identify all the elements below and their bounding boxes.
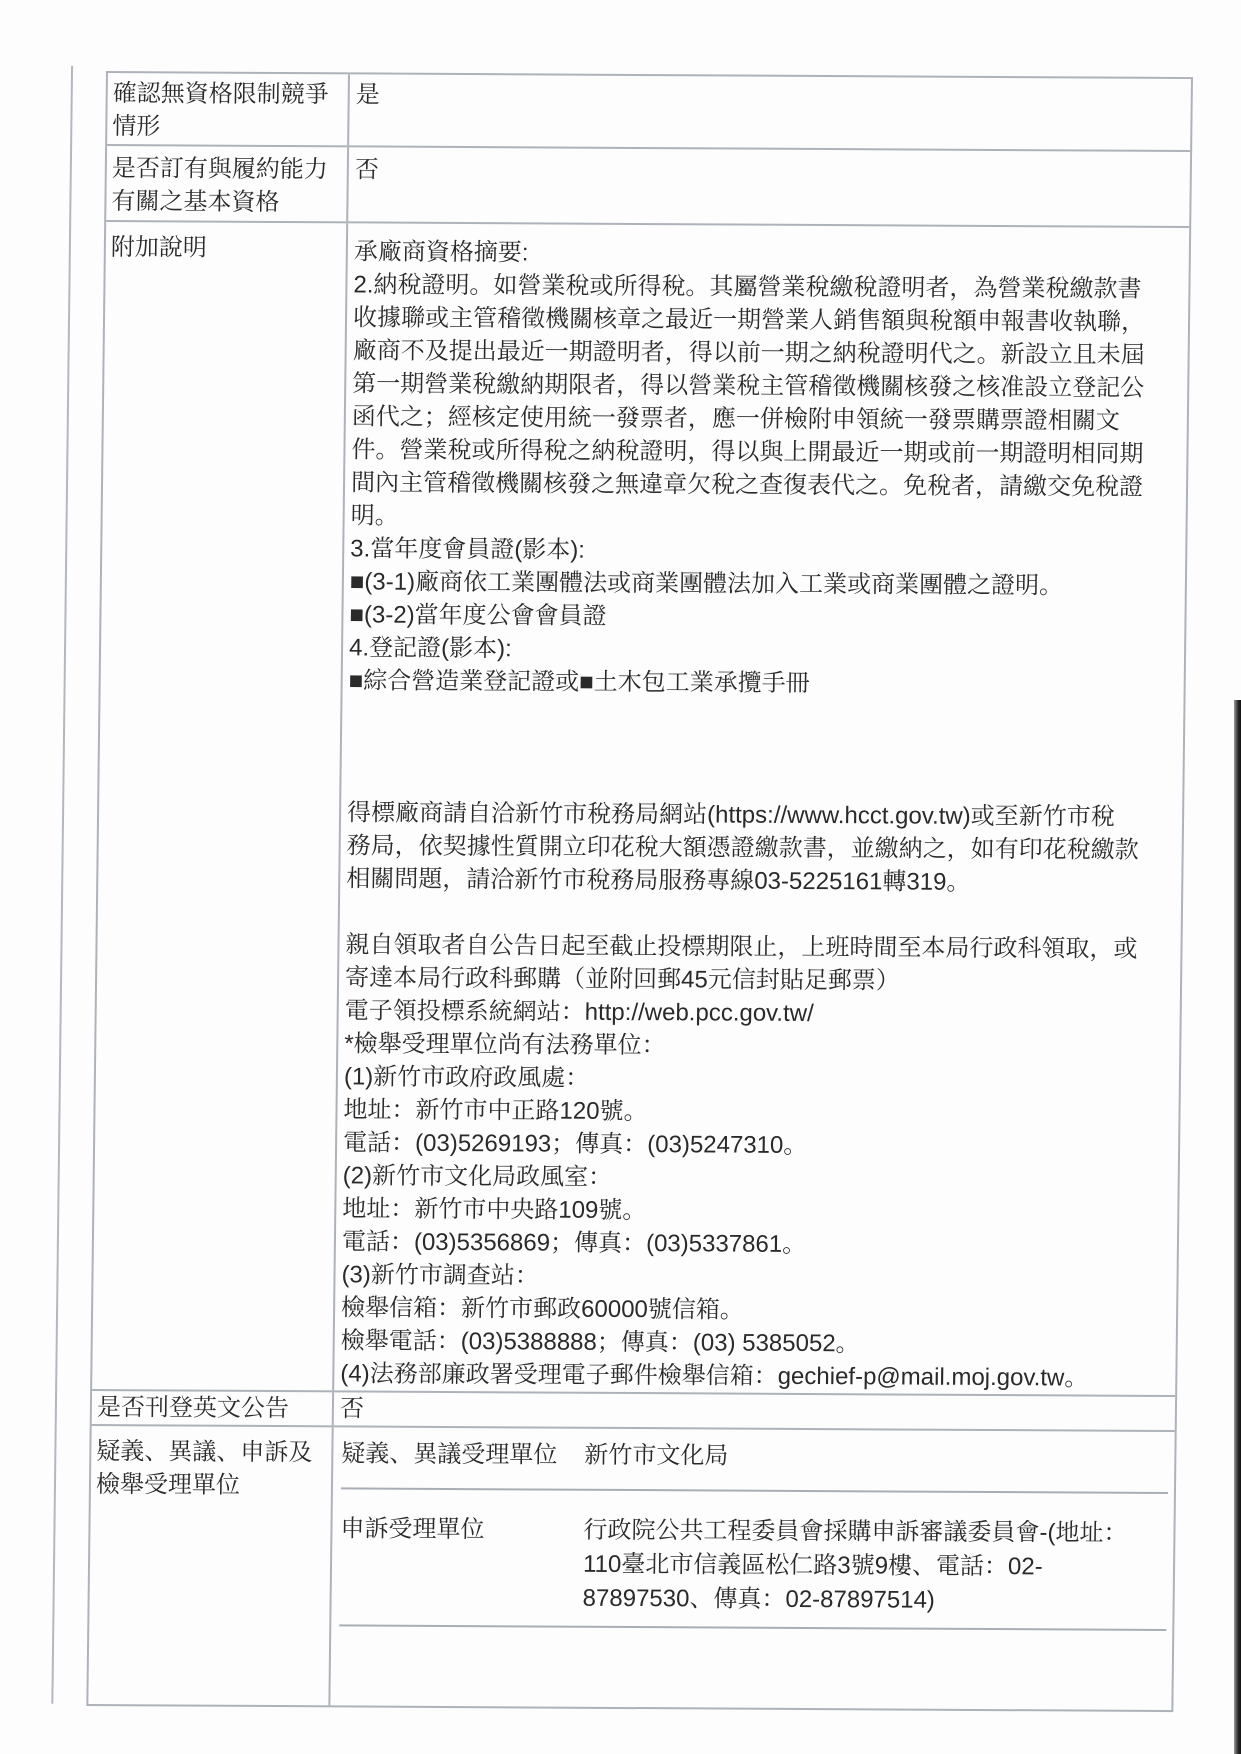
- note-line: 檢舉信箱：新竹市郵政60000號信箱。: [341, 1291, 1176, 1329]
- label-line: 有關之基本資格: [111, 185, 346, 219]
- row-value: 否: [348, 147, 1190, 226]
- note-line: 親自領取者自公告日起至截止投標期限止，上班時間至本局行政科領取，或: [345, 928, 1180, 966]
- note-line: 件。營業稅或所得稅之納稅證明，得以與上開最近一期或前一期證明相同期: [351, 433, 1186, 471]
- note-line: (1)新竹市政府政風處：: [344, 1060, 1179, 1098]
- note-line: 間內主管稽徵機關核發之無違章欠稅之查復表代之。免稅者，請繳交免稅證: [351, 466, 1186, 504]
- note-line: (3)新竹市調查站：: [341, 1258, 1176, 1296]
- complaint-units-subtable: 疑義、異議受理單位 新竹市文化局 申訴受理單位 行政院公共工程委員會採購申訴審議…: [330, 1427, 1174, 1710]
- note-line: 第一期營業稅繳納期限者，得以營業稅主管稽徵機關核發之核准設立登記公: [352, 367, 1187, 405]
- note-line: (4)法務部廉政署受理電子郵件檢舉信箱：gechief-p@mail.moj.g…: [340, 1357, 1175, 1395]
- page-content: 確認無資格限制競爭 情形 是 是否訂有與履約能力 有關之基本資格 否 附加說明 …: [0, 0, 1241, 1754]
- row-label: 疑義、異議、申訴及 檢舉受理單位: [88, 1426, 333, 1705]
- note-line: [347, 763, 1182, 801]
- note-line: 2.納稅證明。如營業稅或所得稅。其屬營業稅繳稅證明者，為營業稅繳款書: [353, 268, 1188, 306]
- label-line: 情形: [112, 110, 347, 144]
- note-line: 承廠商資格摘要:: [354, 235, 1189, 273]
- row-complaint-units: 疑義、異議、申訴及 檢舉受理單位 疑義、異議受理單位 新竹市文化局 申訴受理單位…: [88, 1426, 1174, 1710]
- note-line: [348, 730, 1183, 768]
- note-line: 電子領投標系統網站：http://web.pcc.gov.tw/: [345, 994, 1180, 1032]
- note-line: 地址：新竹市中正路120號。: [343, 1093, 1178, 1131]
- row-label: 是否刊登英文公告: [92, 1391, 334, 1425]
- row-label: 附加說明: [92, 222, 348, 1390]
- label-line: 確認無資格限制競爭: [113, 77, 348, 111]
- appeal-unit-value-line: 行政院公共工程委員會採購申訴審議委員會-(地址：: [583, 1514, 1127, 1550]
- objection-unit-value: 新竹市文化局: [584, 1439, 728, 1473]
- row-label: 是否訂有與履約能力 有關之基本資格: [106, 146, 349, 221]
- note-line: 明。: [350, 499, 1185, 537]
- appeal-unit-value-line: 87897530、傳真：02-87897514): [582, 1582, 935, 1617]
- label-line: 是否訂有與履約能力: [112, 152, 347, 186]
- note-line: (2)新竹市文化局政風室：: [343, 1159, 1178, 1197]
- note-line: 廠商不及提出最近一期證明者，得以前一期之納稅證明代之。新設立且未屆: [352, 334, 1187, 372]
- note-line: *檢舉受理單位尚有法務單位：: [344, 1027, 1179, 1065]
- note-line: 地址：新竹市中央路109號。: [342, 1192, 1177, 1230]
- margin-rule: [51, 66, 73, 1704]
- appeal-unit-value-line: 110臺北市信義區松仁路3號9樓、電話：02-: [583, 1548, 1043, 1584]
- subtable-divider: [341, 1487, 1168, 1494]
- note-line: [346, 895, 1181, 933]
- row-value: 是: [349, 74, 1191, 150]
- row-label: 確認無資格限制競爭 情形: [107, 73, 350, 145]
- note-line: 電話：(03)5269193；傳真：(03)5247310。: [343, 1126, 1178, 1164]
- row-basic-qualification: 是否訂有與履約能力 有關之基本資格 否: [106, 146, 1190, 228]
- tender-info-table: 確認無資格限制競爭 情形 是 是否訂有與履約能力 有關之基本資格 否 附加說明 …: [86, 71, 1193, 1712]
- note-line: ■綜合營造業登記證或■土木包工業承攬手冊: [348, 664, 1183, 702]
- label-line: 檢舉受理單位: [96, 1468, 331, 1502]
- note-line: 3.當年度會員證(影本):: [350, 532, 1185, 570]
- row-english-notice: 是否刊登英文公告 否: [92, 1391, 1175, 1432]
- row-additional-notes: 附加說明 承廠商資格摘要: 2.納稅證明。如營業稅或所得稅。其屬營業稅繳稅證明者…: [92, 222, 1189, 1397]
- appeal-unit-label: 申訴受理單位: [340, 1512, 484, 1546]
- scanned-document-page: 確認無資格限制競爭 情形 是 是否訂有與履約能力 有關之基本資格 否 附加說明 …: [0, 0, 1241, 1754]
- note-line: 函代之；經核定使用統一發票者，應一併檢附申領統一發票購票證相關文: [352, 400, 1187, 438]
- note-line: 4.登記證(影本):: [349, 631, 1184, 669]
- row-value: 否: [334, 1392, 1175, 1430]
- additional-notes-content: 承廠商資格摘要: 2.納稅證明。如營業稅或所得稅。其屬營業稅繳稅證明者，為營業稅…: [334, 223, 1189, 1395]
- label-line: 疑義、異議、申訴及: [96, 1435, 331, 1469]
- note-line: 電話：(03)5356869；傳真：(03)5337861。: [342, 1225, 1177, 1263]
- note-line: 務局，依契據性質開立印花稅大額憑證繳款書，並繳納之，如有印花稅繳款: [346, 829, 1181, 867]
- note-line: 收據聯或主管稽徵機關核章之最近一期營業人銷售額與稅額申報書收執聯，: [353, 301, 1188, 339]
- scan-shadow-edge: [1234, 700, 1241, 1754]
- objection-unit-label: 疑義、異議受理單位: [341, 1437, 557, 1471]
- note-line: ■(3-1)廠商依工業團體法或商業團體法加入工業或商業團體之證明。: [350, 565, 1185, 603]
- note-line: 寄達本局行政科郵購（並附回郵45元信封貼足郵票）: [345, 961, 1180, 999]
- subtable-divider: [339, 1624, 1166, 1631]
- note-line: 得標廠商請自洽新竹市稅務局網站(https://www.hcct.gov.tw)…: [347, 796, 1182, 834]
- note-line: 檢舉電話：(03)5388888；傳真：(03) 5385052。: [341, 1324, 1176, 1362]
- row-no-restriction-check: 確認無資格限制競爭 情形 是: [107, 73, 1191, 152]
- note-line: ■(3-2)當年度公會會員證: [349, 598, 1184, 636]
- note-line: [348, 697, 1183, 735]
- note-line: 相關問題，請洽新竹市稅務局服務專線03-5225161轉319。: [346, 862, 1181, 900]
